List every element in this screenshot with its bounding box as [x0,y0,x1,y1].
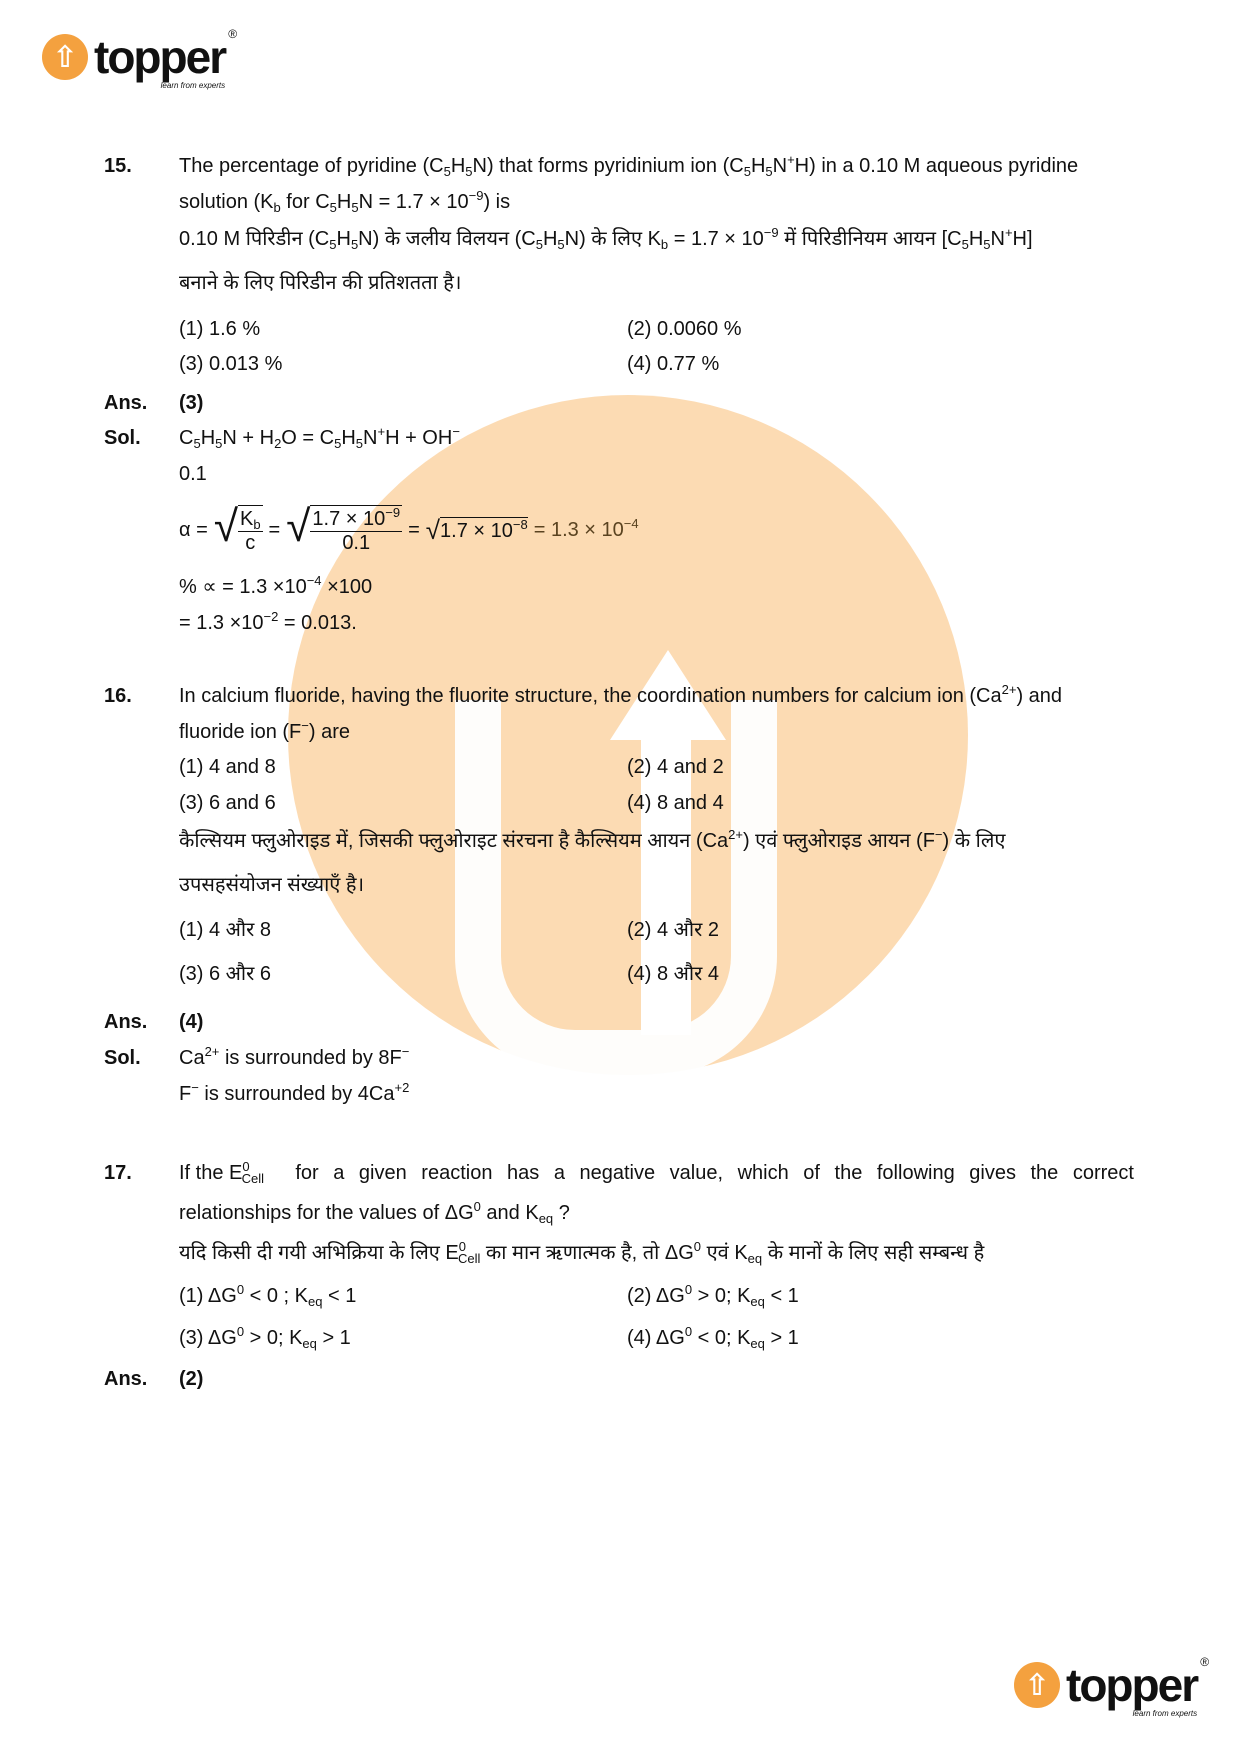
question-number: 17. [104,1160,132,1186]
option-3: (3) 0.013 % [179,351,282,377]
option-4-hindi: (4) 8 और 4 [627,961,719,987]
option-3-hindi: (3) 6 और 6 [179,961,271,987]
brand-logo: ⇧ topper®learn from experts [42,34,225,80]
option-1-hindi: (1) 4 और 8 [179,917,271,943]
option-2-hindi: (2) 4 और 2 [627,917,719,943]
alpha-formula: α = √Kbc = √1.7 × 10−90.1 = √1.7 × 10−8 … [179,500,639,560]
option-3: (3) 6 and 6 [179,790,276,816]
option-2: (2) ΔG0 > 0; Keq < 1 [627,1283,799,1309]
watermark-u-shape [455,700,777,1076]
option-1: (1) ΔG0 < 0 ; Keq < 1 [179,1283,356,1309]
u-arrow-icon: ⇧ [1014,1662,1060,1708]
option-2: (2) 4 and 2 [627,754,724,780]
option-3: (3) ΔG0 > 0; Keq > 1 [179,1325,351,1351]
brand-name: topper®learn from experts [94,34,225,80]
question-number: 15. [104,153,132,179]
u-arrow-icon: ⇧ [42,34,88,80]
option-2: (2) 0.0060 % [627,316,742,342]
option-1: (1) 4 and 8 [179,754,276,780]
option-1: (1) 1.6 % [179,316,260,342]
option-4: (4) 8 and 4 [627,790,724,816]
option-4: (4) ΔG0 < 0; Keq > 1 [627,1325,799,1351]
question-number: 16. [104,683,132,709]
watermark-arrow-stem [641,735,691,1035]
brand-name: topper®learn from experts [1066,1662,1197,1708]
brand-logo-footer: ⇧ topper®learn from experts [1014,1662,1197,1708]
option-4: (4) 0.77 % [627,351,719,377]
